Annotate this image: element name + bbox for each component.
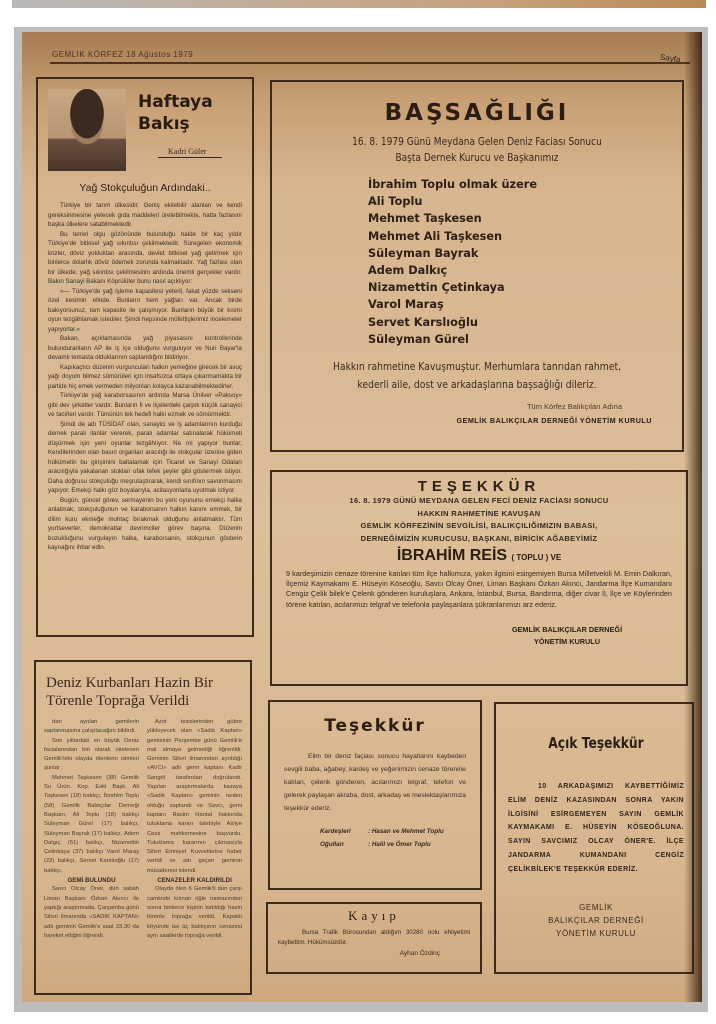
condolence-intro: 16. 8. 1979 Günü Meydana Gelen Deniz Fac… bbox=[301, 134, 654, 166]
lost-notice-body: Bursa Trafik Bürosundan aldığım 30280 no… bbox=[278, 928, 470, 947]
news-column-right: Azot tesislerinden gübre yükleyecek olan… bbox=[147, 718, 242, 941]
news-columns: dan ayrılan gemilerin saptanmasına çalış… bbox=[44, 718, 242, 941]
news-paragraph: Savcı Olcay Öner, dün sabah Liman Başkan… bbox=[44, 885, 139, 941]
condolence-signature-line2: GEMLİK BALIKÇILAR DERNEĞİ YÖNETİM KURULU bbox=[272, 416, 652, 425]
victim-name: Süleyman Bayrak bbox=[368, 245, 682, 262]
header-rule bbox=[50, 62, 690, 64]
condolence-intro-line1: 16. 8. 1979 Günü Meydana Gelen Deniz Fac… bbox=[301, 134, 654, 150]
lost-notice-signature: Ayhan Özdinç bbox=[278, 950, 440, 957]
victim-name: Varol Maraş bbox=[368, 296, 682, 313]
signature-label: Kardeşleri bbox=[320, 825, 368, 838]
lost-notice-title: Kayıp bbox=[278, 908, 470, 924]
open-thanks-notice: Açık Teşekkür 10 ARKADAŞIMIZI KAYBETTİĞİ… bbox=[494, 702, 694, 974]
column-paragraph: «— Türkiye'de yağ işleme kapasitesi yete… bbox=[48, 287, 242, 335]
open-thanks-body: 10 ARKADAŞIMIZI KAYBETTİĞİMİZ ELİM DENİZ… bbox=[508, 780, 684, 877]
thanks-main-body: 9 kardeşimizin cenaze törenine katılan t… bbox=[286, 569, 672, 610]
thanks-main-lines: 16. 8. 1979 GÜNÜ MEYDANA GELEN FECİ DENİ… bbox=[286, 495, 672, 545]
honoree-name: İBRAHİM REİS ( TOPLU ) VE bbox=[286, 547, 672, 565]
column-paragraph: Bakan, açıklamasında yağ piyasasını kont… bbox=[48, 334, 242, 363]
signature-row: Oğulları: Halil ve Ömer Toplu bbox=[320, 838, 466, 851]
condolence-title: BAŞSAĞLIĞI bbox=[272, 100, 682, 126]
column-title: Haftaya Bakış bbox=[138, 91, 213, 135]
previous-page-edge bbox=[12, 0, 706, 8]
condolence-signature-line1: Tüm Körfez Balıkçıları Adına bbox=[272, 402, 622, 411]
author-byline: Kadri Güler bbox=[158, 147, 222, 158]
thanks-main-signature-line1: GEMLİK BALIKÇILAR DERNEĞİ bbox=[502, 624, 632, 636]
honoree-name-suffix: ( TOPLU ) VE bbox=[512, 553, 562, 562]
victim-name: Mehmet Taşkesen bbox=[368, 210, 682, 227]
thanks-notice-main: TEŞEKKÜR 16. 8. 1979 GÜNÜ MEYDANA GELEN … bbox=[270, 470, 688, 686]
signature-label: Oğulları bbox=[320, 838, 368, 851]
thanks-main-line: DERNEĞİMİZİN KURUCUSU, BAŞKANI, BİRİCİK … bbox=[286, 533, 672, 546]
column-title-line1: Haftaya bbox=[138, 91, 213, 113]
victim-name: Ali Toplu bbox=[368, 193, 682, 210]
lost-notice-paragraph: Bursa Trafik Bürosundan aldığım 30280 no… bbox=[278, 928, 470, 947]
column-paragraph: Şimdi de adı TÜSİDAT olan, sanayici ve i… bbox=[48, 420, 242, 496]
thanks-family-title: Teşekkür bbox=[284, 716, 466, 736]
author-photo bbox=[48, 89, 126, 171]
thanks-main-line: 16. 8. 1979 GÜNÜ MEYDANA GELEN FECİ DENİ… bbox=[286, 495, 672, 508]
news-paragraph: Azot tesislerinden gübre yükleyecek olan… bbox=[147, 718, 242, 876]
open-thanks-title: Açık Teşekkür bbox=[524, 734, 668, 752]
news-article: Deniz Kurbanları Hazin Bir Törenle Topra… bbox=[34, 660, 252, 995]
open-thanks-paragraph: 10 ARKADAŞIMIZI KAYBETTİĞİMİZ ELİM DENİZ… bbox=[508, 780, 684, 877]
column-paragraph: Bugün, güncel görev, sermayenin bu yeni … bbox=[48, 496, 242, 553]
signature-value: : Halil ve Ömer Toplu bbox=[368, 841, 431, 848]
column-paragraph: Türkiye'de yağ karaborsasının ardında Ma… bbox=[48, 391, 242, 420]
victim-name: Servet Karslıoğlu bbox=[368, 314, 682, 331]
news-headline: Deniz Kurbanları Hazin Bir Törenle Topra… bbox=[46, 674, 242, 710]
thanks-main-signature-line2: YÖNETİM KURULU bbox=[502, 636, 632, 648]
thanks-main-line: GEMLİK KÖRFEZİNİN SEVGİLİSİ, BALIKÇILIĞI… bbox=[286, 520, 672, 533]
news-column-left: dan ayrılan gemilerin saptanmasına çalış… bbox=[44, 718, 139, 941]
news-subhead: GEMİ BULUNDU bbox=[44, 876, 139, 885]
victim-name: Mehmet Ali Taşkesen bbox=[368, 228, 682, 245]
news-paragraph: Son yıllardaki en büyük Deniz faciaların… bbox=[44, 737, 139, 774]
condolence-notice: BAŞSAĞLIĞI 16. 8. 1979 Günü Meydana Gele… bbox=[270, 80, 684, 452]
lost-notice: Kayıp Bursa Trafik Bürosundan aldığım 30… bbox=[266, 902, 482, 974]
column-paragraph: Türkiye bir tarım ülkesidir. Geniş ekile… bbox=[48, 201, 242, 230]
column-title-line2: Bakış bbox=[138, 113, 213, 135]
thanks-family-body: Elim bir deniz façiası sonucu hayatların… bbox=[284, 750, 466, 815]
news-paragraph: Olayda ölen 6 Gemlik'li dün çarşı camiin… bbox=[147, 885, 242, 941]
thanks-main-title: TEŞEKKÜR bbox=[286, 478, 672, 495]
condolence-closing-line1: Hakkın rahmetine Kavuşmuştur. Merhumlara… bbox=[305, 358, 649, 376]
column-body: Türkiye bir tarım ülkesidir. Geniş ekile… bbox=[48, 201, 242, 553]
column-paragraph: Bu temel olgu gözönünde bulunduğu halde … bbox=[48, 230, 242, 287]
news-subhead: CENAZELER KALDIRILDI bbox=[147, 876, 242, 885]
thanks-family-paragraph: Elim bir deniz façiası sonucu hayatların… bbox=[284, 750, 466, 815]
condolence-intro-line2: Başta Dernek Kurucu ve Başkanımız bbox=[301, 150, 654, 166]
newspaper-page: GEMLİK KÖRFEZ 18 Ağustos 1979 Sayfa Haft… bbox=[22, 32, 702, 1002]
victim-name: Süleyman Gürel bbox=[368, 331, 682, 348]
victim-name: İbrahim Toplu olmak üzere bbox=[368, 176, 682, 193]
masthead: GEMLİK KÖRFEZ 18 Ağustos 1979 bbox=[52, 50, 193, 59]
news-headline-line2: Törenle Toprağa Verildi bbox=[46, 692, 242, 710]
victim-name: Adem Dalkıç bbox=[368, 262, 682, 279]
signature-row: Kardeşleri: Hasan ve Mehmet Toplu bbox=[320, 825, 466, 838]
thanks-family-signatures: Kardeşleri: Hasan ve Mehmet Toplu Oğulla… bbox=[320, 825, 466, 851]
honoree-name-text: İBRAHİM REİS bbox=[397, 547, 507, 564]
opinion-column: Haftaya Bakış Kadri Güler Yağ Stokçuluğu… bbox=[36, 77, 254, 637]
open-thanks-signature-line3: YÖNETİM KURULU bbox=[508, 927, 684, 940]
victim-names: İbrahim Toplu olmak üzere Ali Toplu Mehm… bbox=[368, 176, 682, 348]
open-thanks-signature-line1: GEMLİK bbox=[508, 901, 684, 914]
signature-value: : Hasan ve Mehmet Toplu bbox=[368, 828, 444, 835]
column-paragraph: Kapıkaçtıcı düzenin vurguncuları halkın … bbox=[48, 363, 242, 392]
news-headline-line1: Deniz Kurbanları Hazin Bir bbox=[46, 674, 242, 692]
victim-name: Nizamettin Çetinkaya bbox=[368, 279, 682, 296]
condolence-closing-line2: kederli aile, dost ve arkadaşlarına başs… bbox=[305, 376, 649, 394]
thanks-main-signature: GEMLİK BALIKÇILAR DERNEĞİ YÖNETİM KURULU bbox=[286, 624, 632, 648]
thanks-main-line: HAKKIN RAHMETİNE KAVUŞAN bbox=[286, 508, 672, 521]
open-thanks-signature-line2: BALIKÇILAR DERNEĞİ bbox=[508, 914, 684, 927]
condolence-closing: Hakkın rahmetine Kavuşmuştur. Merhumlara… bbox=[305, 358, 649, 394]
thanks-notice-family: Teşekkür Elim bir deniz façiası sonucu h… bbox=[268, 700, 482, 890]
column-headline: Yağ Stokçuluğun Ardındaki.. bbox=[38, 182, 252, 194]
news-paragraph: dan ayrılan gemilerin saptanmasına çalış… bbox=[44, 718, 139, 737]
news-paragraph: Mehmet Taşkesen (38) Gemlik Su Ürün. Kop… bbox=[44, 774, 139, 876]
open-thanks-signature: GEMLİK BALIKÇILAR DERNEĞİ YÖNETİM KURULU bbox=[508, 901, 684, 940]
